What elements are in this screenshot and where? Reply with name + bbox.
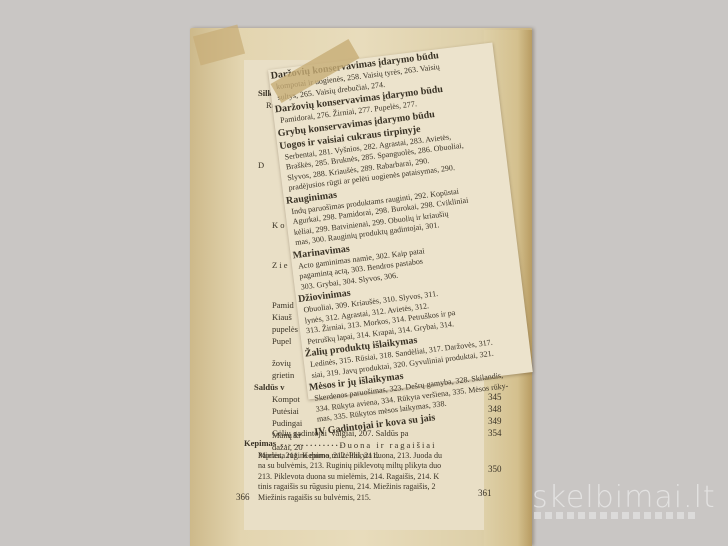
bottom-line: tinis ragaišis su rūgusiu pienu, 214. Mi… (258, 482, 518, 493)
page-line: D (258, 160, 264, 171)
bottom-section: Duona ir ragaišiai Paprasta ruginė duona… (258, 440, 518, 503)
bottom-line: Paprasta ruginė duona, 212. Plikyta duon… (258, 451, 518, 462)
page-number: 354 (488, 428, 502, 438)
bottom-line: 213. Piklevota duona su mielėmis, 214. R… (258, 472, 518, 483)
bottom-line: na su bulvėmis, 213. Ruginių piklevotų m… (258, 461, 518, 472)
page-line: žovių (272, 358, 291, 369)
page-line: Putėsiai (272, 406, 299, 417)
page-line: Pupel (272, 336, 291, 347)
watermark-text: skelbimai.lt (532, 480, 716, 515)
page-number-bottom: 366 (236, 492, 250, 502)
page-line: pupelės (272, 324, 298, 335)
page-line: grietin (272, 370, 294, 381)
page-number: 349 (488, 416, 502, 426)
page-number: 345 (488, 392, 502, 402)
bottom-line: Miežinis ragaišis su bulvėmis, 215. (258, 493, 518, 504)
torn-index-fragment: Daržovių konservavimas įdarymo būdukompo… (268, 42, 533, 399)
section-title: Duona ir ragaišiai (258, 440, 518, 451)
page-line: Pamid (272, 300, 294, 311)
page-heading: Saldūs v (254, 382, 284, 393)
page-line: Z i e (272, 260, 288, 271)
page-line: Kiauš (272, 312, 292, 323)
watermark-dots (534, 512, 695, 519)
page-line: K o (272, 220, 285, 231)
page-number: 348 (488, 404, 502, 414)
page-line: Kompot (272, 394, 300, 405)
